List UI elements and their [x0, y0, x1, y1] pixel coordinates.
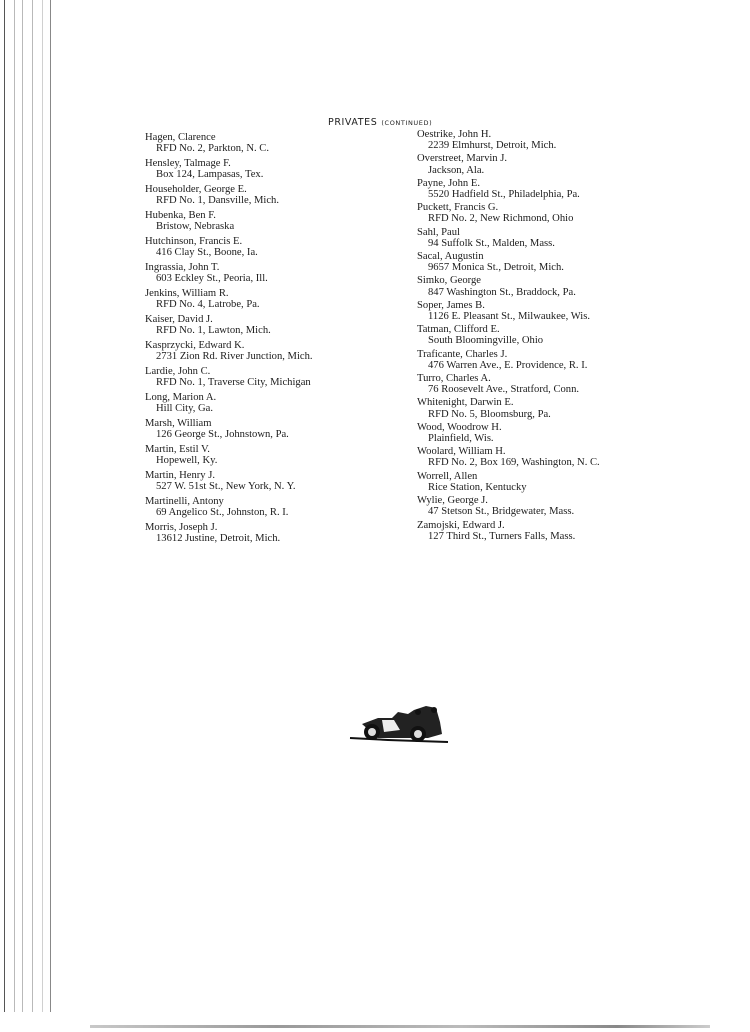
left-roster-column: Hagen, ClarenceRFD No. 2, Parkton, N. C.…	[145, 132, 385, 548]
soldier-address: 76 Roosevelt Ave., Stratford, Conn.	[417, 384, 707, 395]
soldier-name: Woolard, William H.	[417, 446, 707, 457]
soldier-address: RFD No. 2, Box 169, Washington, N. C.	[417, 457, 707, 468]
roster-entry: Hagen, ClarenceRFD No. 2, Parkton, N. C.	[145, 132, 385, 154]
soldier-name: Sahl, Paul	[417, 227, 707, 238]
soldier-address: RFD No. 1, Traverse City, Michigan	[145, 377, 385, 388]
soldier-name: Soper, James B.	[417, 300, 707, 311]
soldier-address: 847 Washington St., Braddock, Pa.	[417, 287, 707, 298]
soldier-name: Hensley, Talmage F.	[145, 158, 385, 169]
roster-entry: Kaiser, David J.RFD No. 1, Lawton, Mich.	[145, 314, 385, 336]
soldier-address: 13612 Justine, Detroit, Mich.	[145, 533, 385, 544]
roster-entry: Martin, Estil V.Hopewell, Ky.	[145, 444, 385, 466]
soldier-name: Martinelli, Antony	[145, 496, 385, 507]
soldier-name: Sacal, Augustin	[417, 251, 707, 262]
soldier-address: RFD No. 1, Dansville, Mich.	[145, 195, 385, 206]
soldier-name: Simko, George	[417, 275, 707, 286]
roster-entry: Sacal, Augustin9657 Monica St., Detroit,…	[417, 251, 707, 273]
soldier-address: South Bloomingville, Ohio	[417, 335, 707, 346]
soldier-address: RFD No. 4, Latrobe, Pa.	[145, 299, 385, 310]
soldier-address: 603 Eckley St., Peoria, Ill.	[145, 273, 385, 284]
soldier-name: Jenkins, William R.	[145, 288, 385, 299]
soldier-address: RFD No. 2, Parkton, N. C.	[145, 143, 385, 154]
roster-entry: Traficante, Charles J.476 Warren Ave., E…	[417, 349, 707, 371]
soldier-name: Householder, George E.	[145, 184, 385, 195]
soldier-address: 94 Suffolk St., Malden, Mass.	[417, 238, 707, 249]
soldier-name: Hagen, Clarence	[145, 132, 385, 143]
soldier-name: Hutchinson, Francis E.	[145, 236, 385, 247]
soldier-name: Zamojski, Edward J.	[417, 520, 707, 531]
roster-entry: Worrell, AllenRice Station, Kentucky	[417, 471, 707, 493]
soldier-name: Martin, Estil V.	[145, 444, 385, 455]
roster-entry: Puckett, Francis G.RFD No. 2, New Richmo…	[417, 202, 707, 224]
soldier-address: 2731 Zion Rd. River Junction, Mich.	[145, 351, 385, 362]
roster-entry: Hutchinson, Francis E.416 Clay St., Boon…	[145, 236, 385, 258]
roster-entry: Tatman, Clifford E.South Bloomingville, …	[417, 324, 707, 346]
roster-entry: Hubenka, Ben F.Bristow, Nebraska	[145, 210, 385, 232]
soldier-name: Wylie, George J.	[417, 495, 707, 506]
soldier-name: Tatman, Clifford E.	[417, 324, 707, 335]
page-bottom-edge	[90, 1025, 710, 1028]
soldier-name: Kasprzycki, Edward K.	[145, 340, 385, 351]
roster-entry: Payne, John E.5520 Hadfield St., Philade…	[417, 178, 707, 200]
soldier-name: Long, Marion A.	[145, 392, 385, 403]
soldier-name: Traficante, Charles J.	[417, 349, 707, 360]
roster-entry: Marsh, William126 George St., Johnstown,…	[145, 418, 385, 440]
soldier-address: RFD No. 1, Lawton, Mich.	[145, 325, 385, 336]
soldier-name: Overstreet, Marvin J.	[417, 153, 707, 164]
soldier-address: 9657 Monica St., Detroit, Mich.	[417, 262, 707, 273]
roster-entry: Oestrike, John H.2239 Elmhurst, Detroit,…	[417, 129, 707, 151]
soldier-address: 1126 E. Pleasant St., Milwaukee, Wis.	[417, 311, 707, 322]
roster-entry: Zamojski, Edward J.127 Third St., Turner…	[417, 520, 707, 542]
roster-entry: Jenkins, William R.RFD No. 4, Latrobe, P…	[145, 288, 385, 310]
soldier-name: Lardie, John C.	[145, 366, 385, 377]
soldier-address: Rice Station, Kentucky	[417, 482, 707, 493]
soldier-address: 527 W. 51st St., New York, N. Y.	[145, 481, 385, 492]
roster-entry: Martinelli, Antony69 Angelico St., Johns…	[145, 496, 385, 518]
soldier-address: 5520 Hadfield St., Philadelphia, Pa.	[417, 189, 707, 200]
soldier-address: 126 George St., Johnstown, Pa.	[145, 429, 385, 440]
soldier-address: 2239 Elmhurst, Detroit, Mich.	[417, 140, 707, 151]
soldier-address: 416 Clay St., Boone, Ia.	[145, 247, 385, 258]
soldier-address: Plainfield, Wis.	[417, 433, 707, 444]
soldier-address: RFD No. 2, New Richmond, Ohio	[417, 213, 707, 224]
roster-entry: Woolard, William H.RFD No. 2, Box 169, W…	[417, 446, 707, 468]
soldier-address: Hopewell, Ky.	[145, 455, 385, 466]
roster-entry: Simko, George847 Washington St., Braddoc…	[417, 275, 707, 297]
page-edge-shadows	[0, 0, 60, 1032]
soldier-address: RFD No. 5, Bloomsburg, Pa.	[417, 409, 707, 420]
soldier-address: 127 Third St., Turners Falls, Mass.	[417, 531, 707, 542]
roster-entry: Wylie, George J.47 Stetson St., Bridgewa…	[417, 495, 707, 517]
soldier-name: Kaiser, David J.	[145, 314, 385, 325]
soldier-name: Payne, John E.	[417, 178, 707, 189]
roster-entry: Ingrassia, John T.603 Eckley St., Peoria…	[145, 262, 385, 284]
soldier-name: Oestrike, John H.	[417, 129, 707, 140]
soldier-name: Turro, Charles A.	[417, 373, 707, 384]
soldier-name: Hubenka, Ben F.	[145, 210, 385, 221]
soldier-address: Hill City, Ga.	[145, 403, 385, 414]
roster-entry: Whitenight, Darwin E.RFD No. 5, Bloomsbu…	[417, 397, 707, 419]
soldier-name: Wood, Woodrow H.	[417, 422, 707, 433]
roster-entry: Householder, George E.RFD No. 1, Dansvil…	[145, 184, 385, 206]
roster-entry: Martin, Henry J.527 W. 51st St., New Yor…	[145, 470, 385, 492]
roster-entry: Lardie, John C.RFD No. 1, Traverse City,…	[145, 366, 385, 388]
soldier-address: 476 Warren Ave., E. Providence, R. I.	[417, 360, 707, 371]
soldier-address: Bristow, Nebraska	[145, 221, 385, 232]
soldier-name: Marsh, William	[145, 418, 385, 429]
roster-entry: Soper, James B.1126 E. Pleasant St., Mil…	[417, 300, 707, 322]
roster-entry: Turro, Charles A.76 Roosevelt Ave., Stra…	[417, 373, 707, 395]
roster-entry: Morris, Joseph J.13612 Justine, Detroit,…	[145, 522, 385, 544]
roster-entry: Hensley, Talmage F.Box 124, Lampasas, Te…	[145, 158, 385, 180]
soldier-name: Ingrassia, John T.	[145, 262, 385, 273]
soldier-name: Whitenight, Darwin E.	[417, 397, 707, 408]
roster-entry: Overstreet, Marvin J.Jackson, Ala.	[417, 153, 707, 175]
section-header: PRIVATES(CONTINUED)	[328, 117, 432, 128]
roster-entry: Sahl, Paul94 Suffolk St., Malden, Mass.	[417, 227, 707, 249]
soldier-name: Martin, Henry J.	[145, 470, 385, 481]
soldier-address: Box 124, Lampasas, Tex.	[145, 169, 385, 180]
soldier-name: Morris, Joseph J.	[145, 522, 385, 533]
jeep-icon	[348, 700, 452, 750]
roster-entry: Kasprzycki, Edward K.2731 Zion Rd. River…	[145, 340, 385, 362]
section-subtitle: (CONTINUED)	[381, 119, 432, 127]
soldier-name: Puckett, Francis G.	[417, 202, 707, 213]
roster-entry: Wood, Woodrow H.Plainfield, Wis.	[417, 422, 707, 444]
right-roster-column: Oestrike, John H.2239 Elmhurst, Detroit,…	[417, 129, 707, 544]
soldier-address: 47 Stetson St., Bridgewater, Mass.	[417, 506, 707, 517]
section-title: PRIVATES	[328, 117, 377, 128]
soldier-name: Worrell, Allen	[417, 471, 707, 482]
soldier-address: 69 Angelico St., Johnston, R. I.	[145, 507, 385, 518]
soldier-address: Jackson, Ala.	[417, 165, 707, 176]
roster-entry: Long, Marion A.Hill City, Ga.	[145, 392, 385, 414]
